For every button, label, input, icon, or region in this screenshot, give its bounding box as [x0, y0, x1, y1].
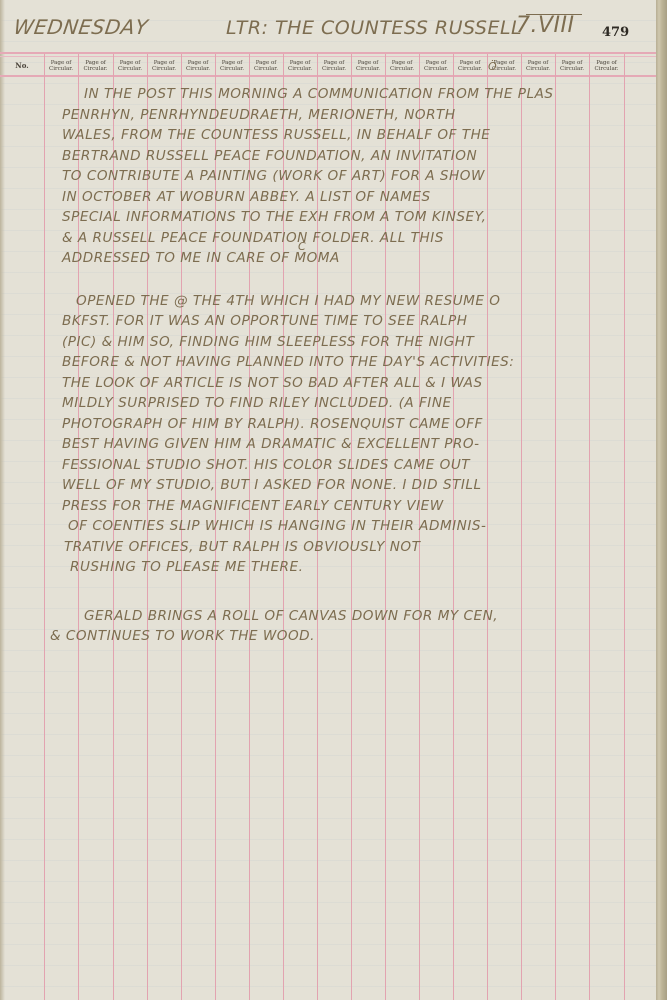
column-header-page-of-circular: Page of Circular. [453, 58, 487, 76]
page-number: 479 [602, 25, 629, 40]
text-line: GERALD BRINGS A ROLL OF CANVAS DOWN FOR … [70, 606, 640, 627]
text-line: FESSIONAL STUDIO SHOT. HIS COLOR SLIDES … [62, 455, 640, 476]
text-line: PENRHYN, PENRHYNDEUDRAETH, MERIONETH, NO… [62, 105, 640, 126]
text-line: TRATIVE OFFICES, BUT RALPH IS OBVIOUSLY … [64, 537, 640, 558]
text-line: & A RUSSELL PEACE FOUNDATION FOLDER. ALL… [62, 228, 640, 249]
column-header-page-of-circular: Page of Circular. [283, 58, 317, 76]
ledger-page: Wednesday LTR: THE COUNTESS RUSSELL 7.VI… [0, 0, 656, 1000]
header-rule-top [0, 52, 656, 54]
book-binding-edge [656, 0, 667, 1000]
text-line: WELL OF MY STUDIO, BUT I ASKED FOR NONE.… [62, 475, 640, 496]
text-line: IN THE POST THIS MORNING A COMMUNICATION… [70, 84, 640, 105]
column-header-page-of-circular: Page of Circular. [521, 58, 555, 76]
paragraph-gap [70, 578, 640, 606]
column-header-page-of-circular: Page of Circular. [351, 58, 385, 76]
text-line: PHOTOGRAPH OF HIM BY RALPH). ROSENQUIST … [62, 414, 640, 435]
column-header-page-of-circular: Page of Circular. [555, 58, 589, 76]
entry-paragraph-1: IN THE POST THIS MORNING A COMMUNICATION… [70, 84, 640, 269]
date-mark-overline [526, 14, 582, 15]
text-line: THE LOOK OF ARTICLE IS NOT SO BAD AFTER … [62, 373, 640, 394]
text-line: BEST HAVING GIVEN HIM A DRAMATIC & EXCEL… [62, 434, 640, 455]
insertion-mark: ö [488, 60, 497, 73]
column-header-page-of-circular: Page of Circular. [78, 58, 113, 76]
column-header-no: No. [0, 58, 44, 74]
day-heading: Wednesday [12, 15, 149, 39]
text-line: PRESS FOR THE MAGNIFICENT EARLY CENTURY … [62, 496, 640, 517]
date-mark: 7.VIII [516, 13, 575, 38]
text-line: BEFORE & NOT HAVING PLANNED INTO THE DAY… [62, 352, 640, 373]
page-header: Wednesday LTR: THE COUNTESS RUSSELL 7.VI… [4, 0, 656, 52]
page-edge-shadow [0, 0, 5, 1000]
column-header-page-of-circular: Page of Circular. [147, 58, 181, 76]
insertion-mark: c [298, 240, 306, 253]
text-line: IN OCTOBER AT WOBURN ABBEY. A LIST OF NA… [62, 187, 640, 208]
text-line: WALES, FROM THE COUNTESS RUSSELL, IN BEH… [62, 125, 640, 146]
text-line: BERTRAND RUSSELL PEACE FOUNDATION, AN IN… [62, 146, 640, 167]
column-header-page-of-circular: Page of Circular. [113, 58, 147, 76]
text-line: (PIC) & HIM SO, FINDING HIM SLEEPLESS FO… [62, 332, 640, 353]
column-header-page-of-circular: Page of Circular. [385, 58, 419, 76]
column-header-page-of-circular: Page of Circular. [181, 58, 215, 76]
text-line: RUSHING TO PLEASE ME THERE. [70, 557, 640, 578]
column-header-page-of-circular: Page of Circular. [589, 58, 624, 76]
text-line: TO CONTRIBUTE A PAINTING (WORK OF ART) F… [62, 166, 640, 187]
journal-body: IN THE POST THIS MORNING A COMMUNICATION… [70, 84, 640, 647]
entry-paragraph-3: GERALD BRINGS A ROLL OF CANVAS DOWN FOR … [70, 606, 640, 647]
text-line: OPENED THE @ THE 4TH WHICH I HAD MY NEW … [70, 291, 640, 312]
column-header-page-of-circular: Page of Circular. [44, 58, 78, 76]
entry-paragraph-2: OPENED THE @ THE 4TH WHICH I HAD MY NEW … [70, 291, 640, 578]
column-header-page-of-circular: Page of Circular. [317, 58, 351, 76]
text-line: & CONTINUES TO WORK THE WOOD. [50, 626, 640, 647]
column-header-page-of-circular: Page of Circular. [419, 58, 453, 76]
text-line: SPECIAL INFORMATIONS TO THE EXH FROM A T… [62, 207, 640, 228]
text-line: ADDRESSED TO ME IN CARE OF MOMA [62, 248, 640, 269]
entry-title: LTR: THE COUNTESS RUSSELL [226, 17, 522, 39]
text-line: BKFST. FOR IT WAS AN OPPORTUNE TIME TO S… [62, 311, 640, 332]
column-header-page-of-circular: Page of Circular. [249, 58, 283, 76]
column-rule [44, 54, 45, 1000]
text-line: OF COENTIES SLIP WHICH IS HANGING IN THE… [68, 516, 640, 537]
text-line: MILDLY SURPRISED TO FIND RILEY INCLUDED.… [62, 393, 640, 414]
header-rule-top-2 [0, 56, 656, 57]
column-header-page-of-circular: Page of Circular. [215, 58, 249, 76]
paragraph-gap [70, 269, 640, 291]
